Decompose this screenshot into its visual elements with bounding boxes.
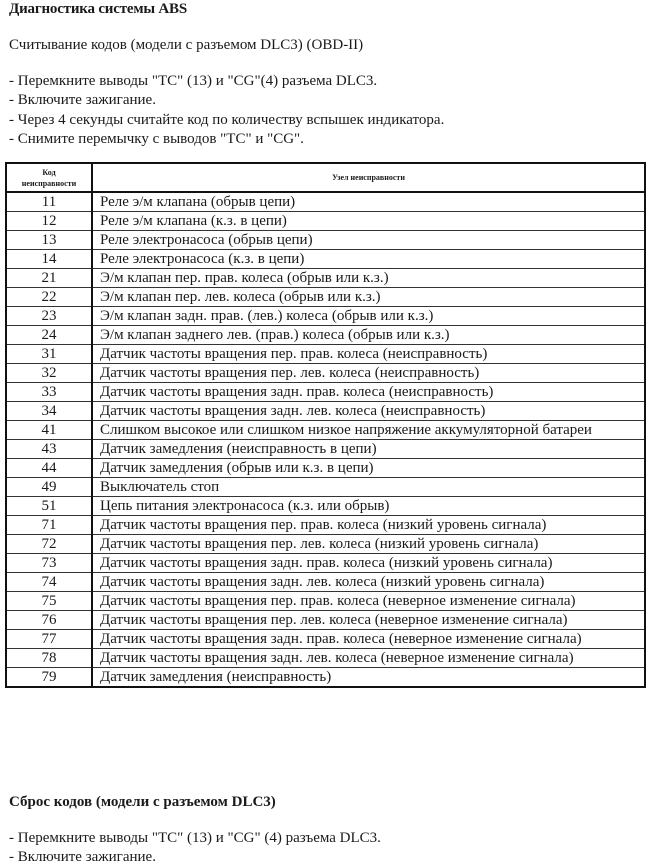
fault-description-cell: Датчик частоты вращения пер. прав. колес… xyxy=(92,592,645,611)
fault-description-cell: Датчик частоты вращения задн. прав. коле… xyxy=(92,630,645,649)
table-row: 73Датчик частоты вращения задн. прав. ко… xyxy=(6,554,645,573)
fault-code-cell: 79 xyxy=(6,668,92,688)
fault-code-cell: 14 xyxy=(6,250,92,269)
description-column-header: Узел неисправности xyxy=(92,163,645,192)
table-row: 22Э/м клапан пер. лев. колеса (обрыв или… xyxy=(6,288,645,307)
fault-codes-table: Код неисправности Узел неисправности 11Р… xyxy=(5,162,646,688)
table-row: 49Выключатель стоп xyxy=(6,478,645,497)
reading-step: Перемкните выводы "TC" (13) и "CG"(4) ра… xyxy=(9,72,444,91)
fault-description-cell: Датчик частоты вращения задн. прав. коле… xyxy=(92,554,645,573)
fault-description-cell: Э/м клапан заднего лев. (прав.) колеса (… xyxy=(92,326,645,345)
table-row: 32Датчик частоты вращения пер. лев. коле… xyxy=(6,364,645,383)
fault-code-cell: 12 xyxy=(6,212,92,231)
table-body: 11Реле э/м клапана (обрыв цепи)12Реле э/… xyxy=(6,192,645,687)
table-row: 72Датчик частоты вращения пер. лев. коле… xyxy=(6,535,645,554)
table-row: 34Датчик частоты вращения задн. лев. кол… xyxy=(6,402,645,421)
table-row: 23Э/м клапан задн. прав. (лев.) колеса (… xyxy=(6,307,645,326)
fault-code-cell: 72 xyxy=(6,535,92,554)
fault-code-cell: 31 xyxy=(6,345,92,364)
table-row: 13Реле электронасоса (обрыв цепи) xyxy=(6,231,645,250)
table-row: 14Реле электронасоса (к.з. в цепи) xyxy=(6,250,645,269)
table-row: 74Датчик частоты вращения задн. лев. кол… xyxy=(6,573,645,592)
fault-code-cell: 74 xyxy=(6,573,92,592)
fault-description-cell: Реле электронасоса (к.з. в цепи) xyxy=(92,250,645,269)
table-row: 33Датчик частоты вращения задн. прав. ко… xyxy=(6,383,645,402)
table-row: 78Датчик частоты вращения задн. лев. кол… xyxy=(6,649,645,668)
reading-step: Включите зажигание. xyxy=(9,91,444,110)
fault-description-cell: Датчик частоты вращения пер. прав. колес… xyxy=(92,516,645,535)
fault-description-cell: Слишком высокое или слишком низкое напря… xyxy=(92,421,645,440)
fault-code-cell: 78 xyxy=(6,649,92,668)
fault-code-cell: 21 xyxy=(6,269,92,288)
reset-section-title: Сброс кодов (модели с разъемом DLC3) xyxy=(9,794,276,811)
table-row: 12Реле э/м клапана (к.з. в цепи) xyxy=(6,212,645,231)
reset-step: Включите зажигание. xyxy=(9,848,381,867)
fault-description-cell: Датчик частоты вращения пер. прав. колес… xyxy=(92,345,645,364)
table-row: 24Э/м клапан заднего лев. (прав.) колеса… xyxy=(6,326,645,345)
table-row: 44Датчик замедления (обрыв или к.з. в це… xyxy=(6,459,645,478)
fault-code-cell: 33 xyxy=(6,383,92,402)
table-row: 76Датчик частоты вращения пер. лев. коле… xyxy=(6,611,645,630)
fault-code-cell: 13 xyxy=(6,231,92,250)
fault-code-cell: 32 xyxy=(6,364,92,383)
fault-description-cell: Датчик частоты вращения задн. лев. колес… xyxy=(92,573,645,592)
fault-code-cell: 22 xyxy=(6,288,92,307)
fault-description-cell: Датчик частоты вращения пер. лев. колеса… xyxy=(92,364,645,383)
fault-code-cell: 43 xyxy=(6,440,92,459)
fault-code-cell: 34 xyxy=(6,402,92,421)
fault-description-cell: Датчик частоты вращения пер. лев. колеса… xyxy=(92,611,645,630)
table-header-row: Код неисправности Узел неисправности xyxy=(6,163,645,192)
reset-steps-list: Перемкните выводы "TC" (13) и "CG" (4) р… xyxy=(9,829,381,868)
fault-description-cell: Выключатель стоп xyxy=(92,478,645,497)
fault-description-cell: Э/м клапан задн. прав. (лев.) колеса (об… xyxy=(92,307,645,326)
fault-code-cell: 44 xyxy=(6,459,92,478)
fault-description-cell: Э/м клапан пер. лев. колеса (обрыв или к… xyxy=(92,288,645,307)
table-row: 79Датчик замедления (неисправность) xyxy=(6,668,645,688)
fault-description-cell: Датчик частоты вращения задн. лев. колес… xyxy=(92,402,645,421)
fault-description-cell: Датчик замедления (обрыв или к.з. в цепи… xyxy=(92,459,645,478)
fault-code-cell: 71 xyxy=(6,516,92,535)
reading-steps-list: Перемкните выводы "TC" (13) и "CG"(4) ра… xyxy=(9,72,444,149)
fault-code-cell: 76 xyxy=(6,611,92,630)
table-row: 11Реле э/м клапана (обрыв цепи) xyxy=(6,192,645,212)
fault-description-cell: Датчик замедления (неисправность) xyxy=(92,668,645,688)
fault-code-cell: 41 xyxy=(6,421,92,440)
page-title: Диагностика системы ABS xyxy=(9,1,187,18)
fault-description-cell: Датчик частоты вращения задн. прав. коле… xyxy=(92,383,645,402)
fault-code-cell: 24 xyxy=(6,326,92,345)
fault-description-cell: Цепь питания электронасоса (к.з. или обр… xyxy=(92,497,645,516)
fault-description-cell: Датчик замедления (неисправность в цепи) xyxy=(92,440,645,459)
table-row: 41Слишком высокое или слишком низкое нап… xyxy=(6,421,645,440)
reading-step: Через 4 секунды считайте код по количест… xyxy=(9,111,444,130)
code-header-line1: Код xyxy=(42,168,55,177)
fault-code-cell: 75 xyxy=(6,592,92,611)
fault-code-cell: 51 xyxy=(6,497,92,516)
fault-code-cell: 77 xyxy=(6,630,92,649)
reading-step: Снимите перемычку с выводов "TC" и "CG". xyxy=(9,130,444,149)
fault-description-cell: Датчик частоты вращения задн. лев. колес… xyxy=(92,649,645,668)
reading-subtitle: Считывание кодов (модели с разъемом DLC3… xyxy=(9,37,363,54)
table-row: 75Датчик частоты вращения пер. прав. кол… xyxy=(6,592,645,611)
fault-description-cell: Реле э/м клапана (обрыв цепи) xyxy=(92,192,645,212)
reset-step: Перемкните выводы "TC" (13) и "CG" (4) р… xyxy=(9,829,381,848)
code-header-line2: неисправности xyxy=(22,179,76,188)
fault-description-cell: Реле э/м клапана (к.з. в цепи) xyxy=(92,212,645,231)
table-row: 31Датчик частоты вращения пер. прав. кол… xyxy=(6,345,645,364)
table-row: 77Датчик частоты вращения задн. прав. ко… xyxy=(6,630,645,649)
fault-code-cell: 11 xyxy=(6,192,92,212)
fault-code-cell: 23 xyxy=(6,307,92,326)
fault-description-cell: Реле электронасоса (обрыв цепи) xyxy=(92,231,645,250)
fault-description-cell: Датчик частоты вращения пер. лев. колеса… xyxy=(92,535,645,554)
table-row: 71Датчик частоты вращения пер. прав. кол… xyxy=(6,516,645,535)
table-row: 43Датчик замедления (неисправность в цеп… xyxy=(6,440,645,459)
table-row: 51Цепь питания электронасоса (к.з. или о… xyxy=(6,497,645,516)
code-column-header: Код неисправности xyxy=(6,163,92,192)
fault-description-cell: Э/м клапан пер. прав. колеса (обрыв или … xyxy=(92,269,645,288)
fault-code-cell: 73 xyxy=(6,554,92,573)
fault-code-cell: 49 xyxy=(6,478,92,497)
table-row: 21Э/м клапан пер. прав. колеса (обрыв ил… xyxy=(6,269,645,288)
